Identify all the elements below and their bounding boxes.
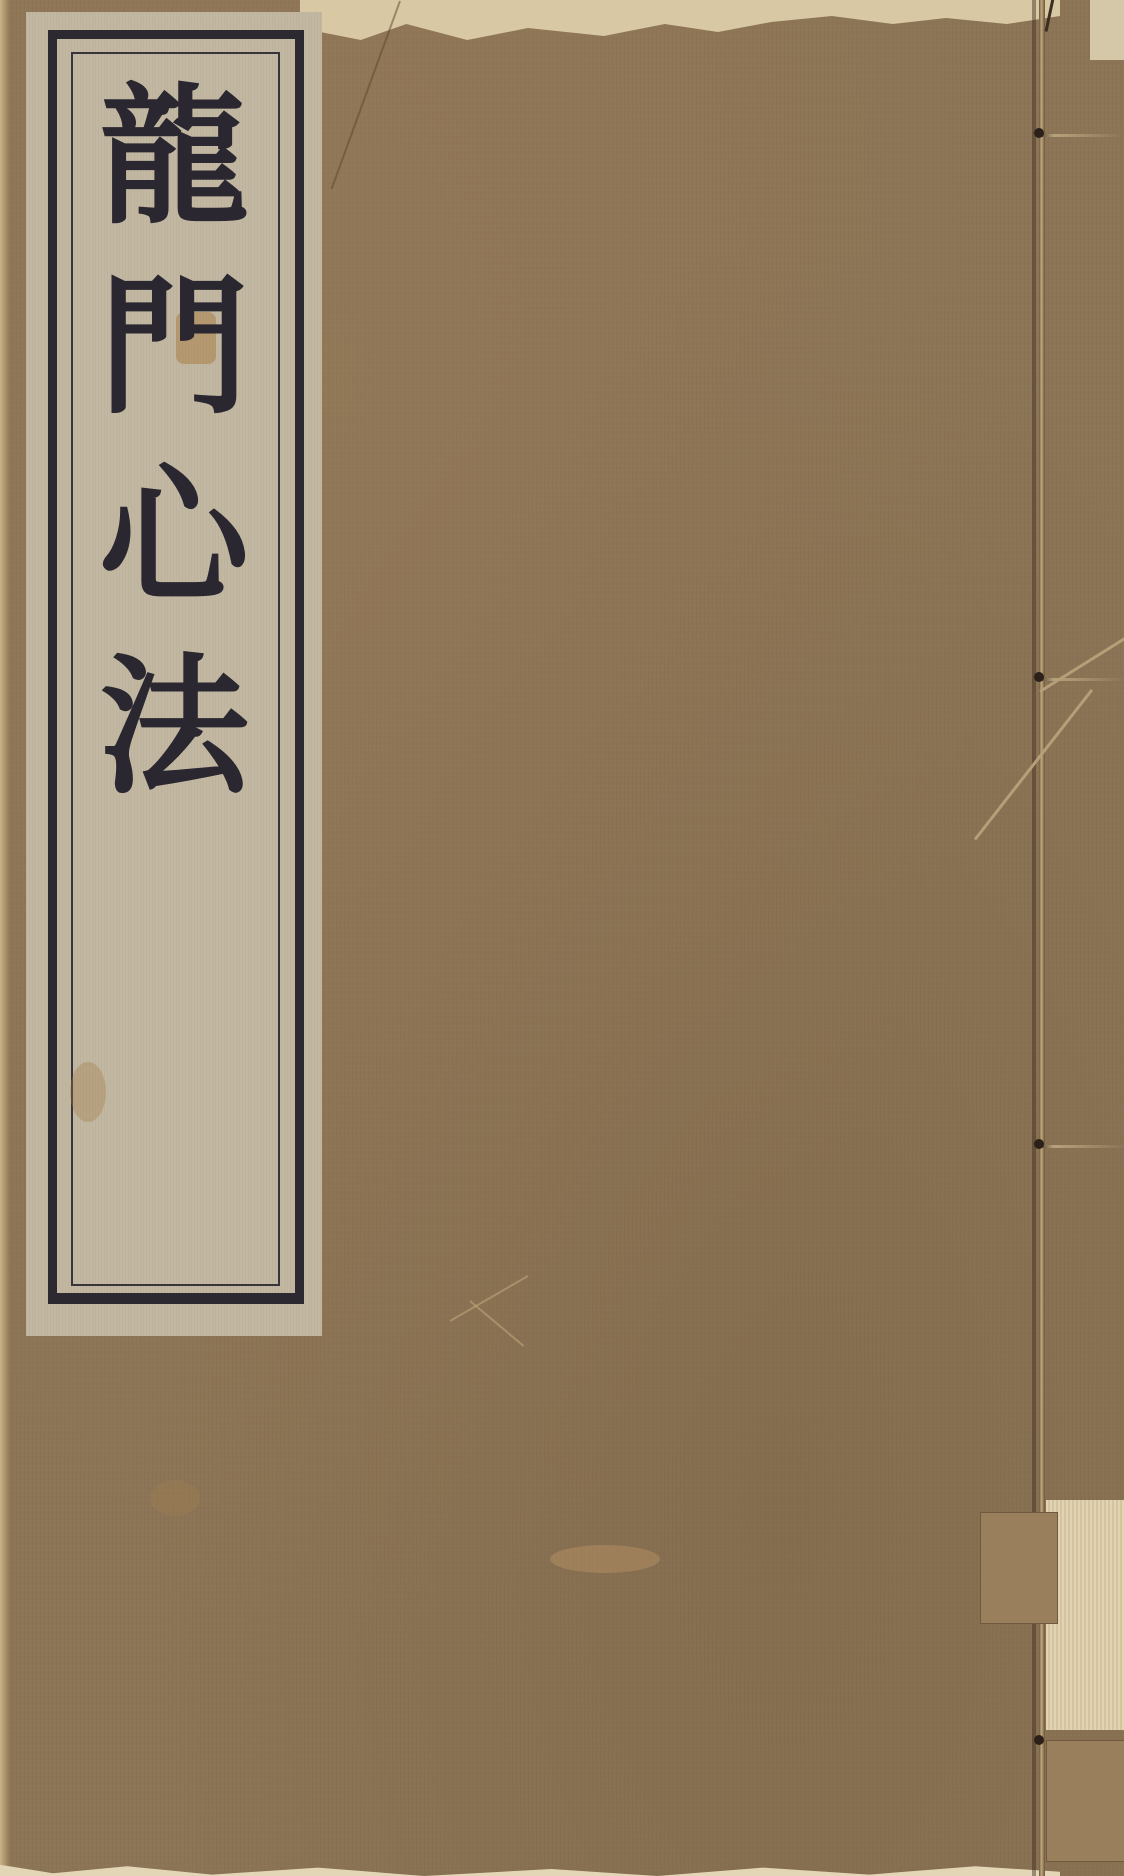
exposed-corner xyxy=(1090,0,1124,60)
title-char-men: 門 xyxy=(99,252,249,442)
paper-patch xyxy=(980,1512,1058,1624)
torn-bottom-edge xyxy=(0,1862,1060,1876)
binding-stitch xyxy=(1036,678,1124,681)
cover-left-edge xyxy=(0,0,10,1876)
paper-patch xyxy=(1046,1740,1124,1862)
book-cover: 龍 門 心 法 xyxy=(0,0,1124,1876)
cover-crease xyxy=(469,1300,524,1347)
title-label: 龍 門 心 法 xyxy=(26,12,322,1336)
title-char-xin: 心 xyxy=(99,442,249,632)
binding-stitch xyxy=(1036,134,1124,137)
title-char-fa: 法 xyxy=(99,632,249,822)
binding-knot xyxy=(1034,672,1044,682)
book-title: 龍 門 心 法 xyxy=(86,62,262,822)
loose-thread xyxy=(1039,632,1124,693)
binding-knot xyxy=(1034,1735,1044,1745)
cover-stain xyxy=(550,1545,660,1573)
cover-stain xyxy=(150,1480,200,1516)
label-stain xyxy=(70,1062,106,1122)
binding-stitch xyxy=(1036,1145,1124,1148)
binding-knot xyxy=(1034,1139,1044,1149)
torn-top-edge xyxy=(300,0,1060,40)
binding-knot xyxy=(1034,128,1044,138)
title-char-long: 龍 xyxy=(99,62,249,252)
